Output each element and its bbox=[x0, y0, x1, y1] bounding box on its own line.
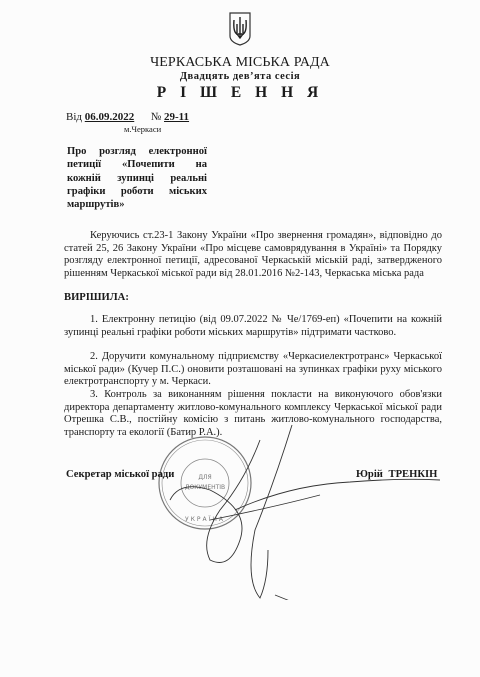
resolved-label: ВИРІШИЛА: bbox=[64, 292, 129, 303]
document-type: Р І Ш Е Н Н Я bbox=[0, 84, 480, 102]
resolution-item-2: 2. Доручити комунальному підприємству «Ч… bbox=[64, 351, 442, 389]
subject-line: маршрутів» bbox=[67, 198, 207, 211]
trident-coat-of-arms-icon bbox=[229, 12, 251, 46]
date-number-line: Від 06.09.2022 № 29-11 bbox=[66, 111, 189, 123]
city: м.Черкаси bbox=[124, 124, 161, 134]
decision-number: 29-11 bbox=[164, 111, 189, 123]
decision-subject: Про розгляд електронної петиції «Почепит… bbox=[67, 145, 207, 211]
preamble-paragraph: Керуючись ст.23-1 Закону України «Про зв… bbox=[64, 230, 442, 280]
number-prefix: № bbox=[151, 111, 162, 123]
document-page: ЧЕРКАСЬКА МІСЬКА РАДА Двадцять дев’ята с… bbox=[0, 0, 480, 677]
subject-line: кожній зупинці реальні bbox=[67, 172, 207, 185]
council-name: ЧЕРКАСЬКА МІСЬКА РАДА bbox=[0, 55, 480, 71]
subject-line: графіки роботи міських bbox=[67, 185, 207, 198]
handwritten-signature bbox=[150, 420, 450, 600]
subject-line: петиції «Почепити на bbox=[67, 158, 207, 171]
session-title: Двадцять дев’ята сесія bbox=[0, 71, 480, 82]
resolution-item-1: 1. Електронну петицію (від 09.07.2022 № … bbox=[64, 314, 442, 339]
decision-date: 06.09.2022 bbox=[85, 111, 135, 123]
date-prefix: Від bbox=[66, 111, 82, 123]
subject-line: Про розгляд електронної bbox=[67, 145, 207, 158]
